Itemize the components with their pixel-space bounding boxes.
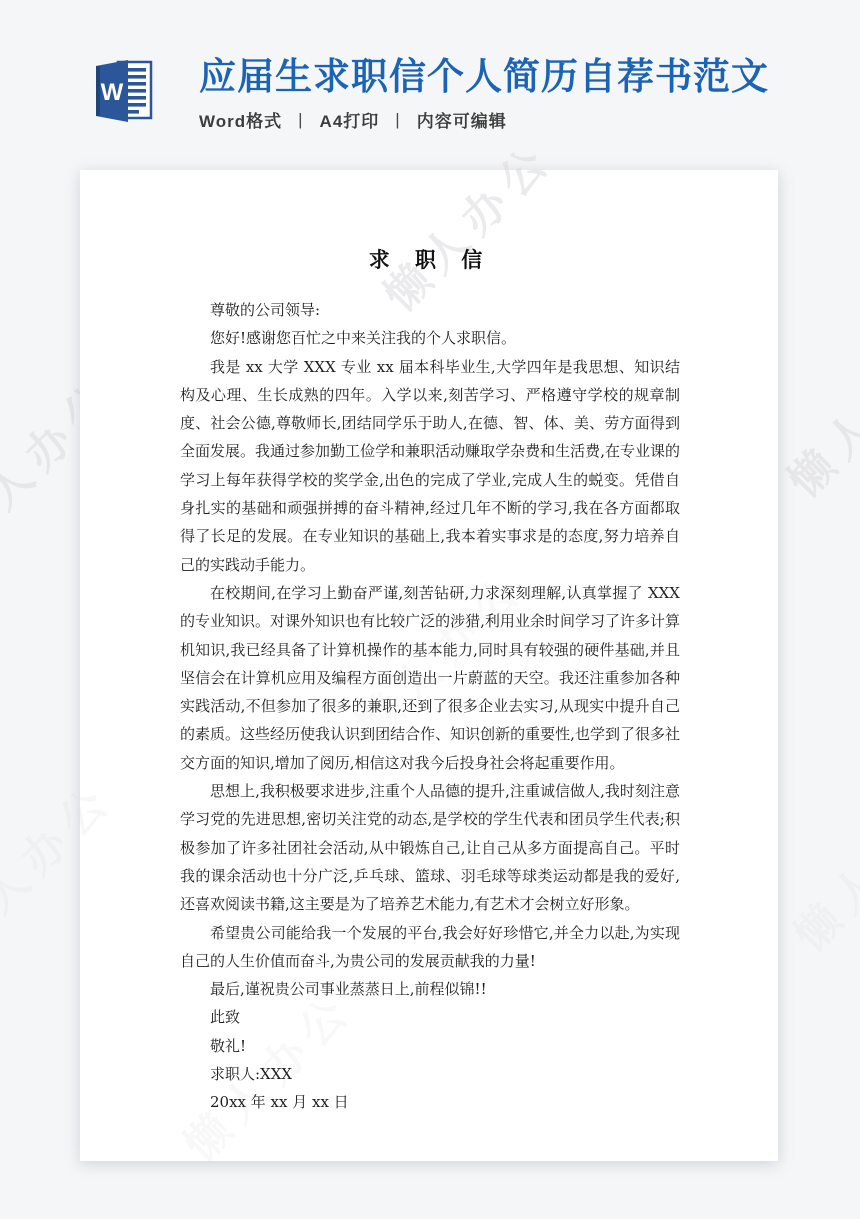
- subtitle-separator: |: [395, 110, 400, 130]
- letter-paragraph: 敬礼!: [180, 1032, 680, 1060]
- letter-paragraph: 我是 xx 大学 XXX 专业 xx 届本科毕业生,大学四年是我思想、知识结构及…: [180, 353, 680, 579]
- subtitle-print: A4打印: [320, 107, 380, 132]
- page-title: 应届生求职信个人简历自荐书范文: [199, 56, 769, 98]
- page-subtitle: Word格式 | A4打印 | 内容可编辑: [199, 107, 769, 132]
- letter-paragraph: 尊敬的公司领导:: [180, 296, 680, 324]
- page-header: W 应届生求职信个人简历自荐书范文 Word格式 | A4打印 | 内容可编辑: [0, 56, 860, 132]
- letter-paragraph: 求职人:XXX: [180, 1060, 680, 1088]
- watermark: 懒人办公: [771, 311, 860, 509]
- letter-paragraph: 希望贵公司能给我一个发展的平台,我会好好珍惜它,并全力以赴,为实现自己的人生价值…: [180, 919, 680, 976]
- letter-paragraph: 最后,谨祝贵公司事业蒸蒸日上,前程似锦!!: [180, 975, 680, 1003]
- document-page: 懒人办公 懒人办公 懒人办公 懒人办公 懒人办公 求 职 信 尊敬的公司领导:您…: [80, 170, 778, 1161]
- letter-content: 求 职 信 尊敬的公司领导:您好!感谢您百忙之中来关注我的个人求职信。我是 xx…: [180, 244, 680, 1117]
- word-icon-letter: W: [101, 79, 124, 106]
- letter-paragraph: 您好!感谢您百忙之中来关注我的个人求职信。: [180, 324, 680, 352]
- letter-paragraph: 在校期间,在学习上勤奋严谨,刻苦钻研,力求深刻理解,认真掌握了 XXX 的专业知…: [180, 579, 680, 777]
- word-file-icon: W: [91, 58, 155, 124]
- watermark: 懒人办公: [0, 765, 125, 963]
- watermark: 懒人办公: [777, 765, 860, 963]
- letter-title: 求 职 信: [180, 244, 680, 274]
- subtitle-editable: 内容可编辑: [417, 107, 507, 132]
- subtitle-separator: |: [298, 110, 303, 130]
- letter-paragraph: 此致: [180, 1003, 680, 1031]
- subtitle-format: Word格式: [199, 107, 282, 132]
- letter-paragraph: 思想上,我积极要求进步,注重个人品德的提升,注重诚信做人,我时刻注意学习党的先进…: [180, 777, 680, 918]
- letter-body: 尊敬的公司领导:您好!感谢您百忙之中来关注我的个人求职信。我是 xx 大学 XX…: [180, 296, 680, 1117]
- letter-paragraph: 20xx 年 xx 月 xx 日: [180, 1088, 680, 1116]
